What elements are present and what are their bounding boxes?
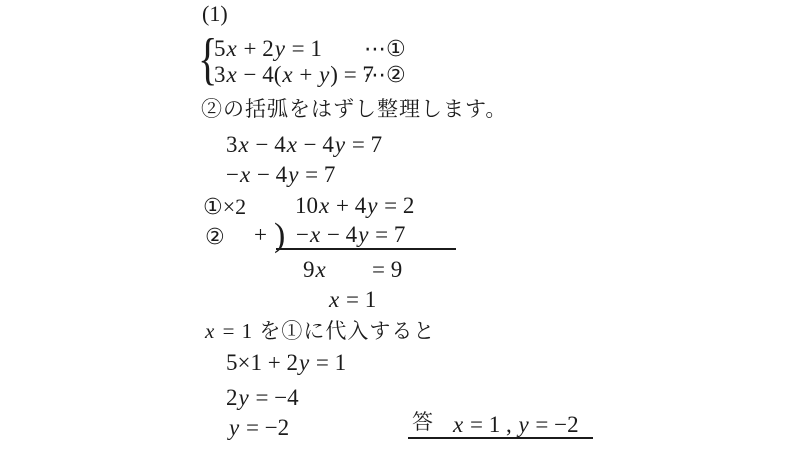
substituted-equation: 5×1 + 2y = 1: [226, 350, 346, 375]
sum-right: = 9: [372, 257, 402, 282]
equation-2: 3x − 4(x + y) = 7: [214, 62, 374, 87]
equation-1-ref: ⋯①: [364, 37, 406, 61]
x-result: x = 1: [328, 287, 376, 312]
sum-rule-line: [276, 248, 456, 250]
sum-left: 9x: [303, 257, 327, 282]
added-equation: −x − 4y = 7: [296, 222, 405, 247]
equation-2-ref: ⋯②: [364, 63, 406, 87]
expanded-equation: 3x − 4x − 4y = 7: [226, 132, 382, 157]
answer-label: 答: [412, 411, 434, 434]
plus-sign: +: [254, 222, 267, 247]
add-label: ②: [205, 225, 225, 249]
simplified-equation: −x − 4y = 7: [226, 162, 335, 187]
answer-value: x = 1 , y = −2: [452, 412, 579, 437]
y-result: y = −2: [228, 415, 289, 440]
multiply-label: ①×2: [203, 195, 246, 219]
multiplied-equation: 10x + 4y = 2: [295, 193, 414, 218]
substitution-text: x = 1 を①に代入すると: [204, 320, 435, 343]
worksheet-page: (1) { 5x + 2y = 1 ⋯① 3x − 4(x + y) = 7 ⋯…: [0, 0, 800, 450]
problem-number: (1): [202, 2, 228, 26]
answer-underline: [408, 437, 593, 439]
y-equation: 2y = −4: [226, 385, 299, 410]
equation-1: 5x + 2y = 1: [214, 36, 322, 61]
instruction-text: ②の括弧をはずし整理します。: [201, 98, 507, 121]
